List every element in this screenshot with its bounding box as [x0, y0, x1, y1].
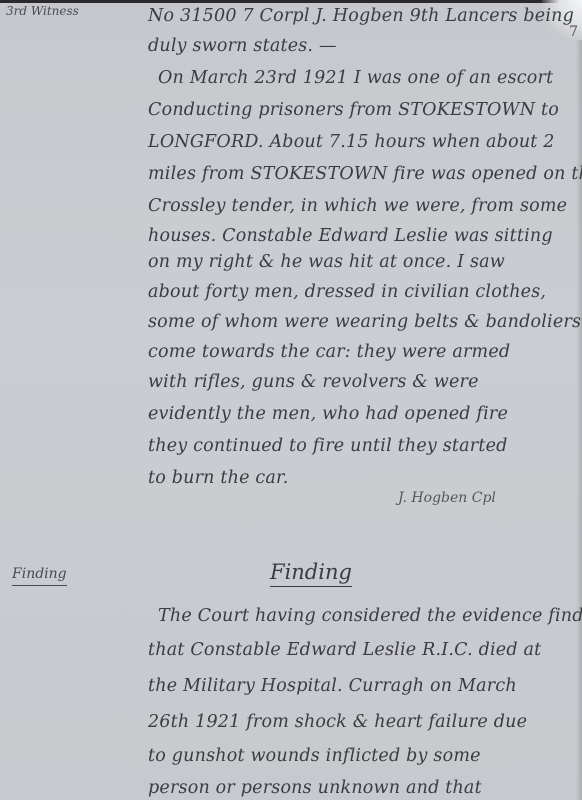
scan-top-edge [0, 0, 582, 3]
testimony-line: come towards the car: they were armed [148, 342, 510, 362]
testimony-line: No 31500 7 Corpl J. Hogben 9th Lancers b… [148, 6, 574, 26]
finding-line: the Military Hospital. Curragh on March [148, 676, 517, 696]
testimony-line: duly sworn states. — [148, 36, 337, 56]
testimony-line: houses. Constable Edward Leslie was sitt… [148, 226, 553, 246]
edge-mark: 7 [569, 24, 578, 40]
testimony-line: to burn the car. [148, 468, 288, 488]
testimony-line: on my right & he was hit at once. I saw [148, 252, 505, 272]
testimony-line: Crossley tender, in which we were, from … [148, 196, 567, 216]
finding-heading: Finding [270, 560, 352, 587]
right-edge-shadow [576, 40, 582, 800]
margin-witness-label: 3rd Witness [6, 4, 79, 18]
testimony-line: some of whom were wearing belts & bandol… [148, 312, 581, 332]
testimony-line: LONGFORD. About 7.15 hours when about 2 [148, 132, 555, 152]
finding-line: person or persons unknown and that [148, 778, 482, 798]
testimony-line: about forty men, dressed in civilian clo… [148, 282, 546, 302]
testimony-line: with rifles, guns & revolvers & were [148, 372, 479, 392]
margin-finding-label: Finding [12, 566, 67, 586]
finding-line: 26th 1921 from shock & heart failure due [148, 712, 527, 732]
testimony-line: On March 23rd 1921 I was one of an escor… [158, 68, 553, 88]
testimony-line: miles from STOKESTOWN fire was opened on… [148, 164, 582, 184]
finding-line: The Court having considered the evidence… [158, 606, 582, 626]
testimony-line: evidently the men, who had opened fire [148, 404, 508, 424]
signature: J. Hogben Cpl [398, 490, 496, 506]
finding-line: to gunshot wounds inflicted by some [148, 746, 481, 766]
document-page: 3rd Witness 7 No 31500 7 Corpl J. Hogben… [0, 0, 582, 800]
testimony-line: they continued to fire until they starte… [148, 436, 508, 456]
finding-line: that Constable Edward Leslie R.I.C. died… [148, 640, 541, 660]
testimony-line: Conducting prisoners from STOKESTOWN to [148, 100, 559, 120]
